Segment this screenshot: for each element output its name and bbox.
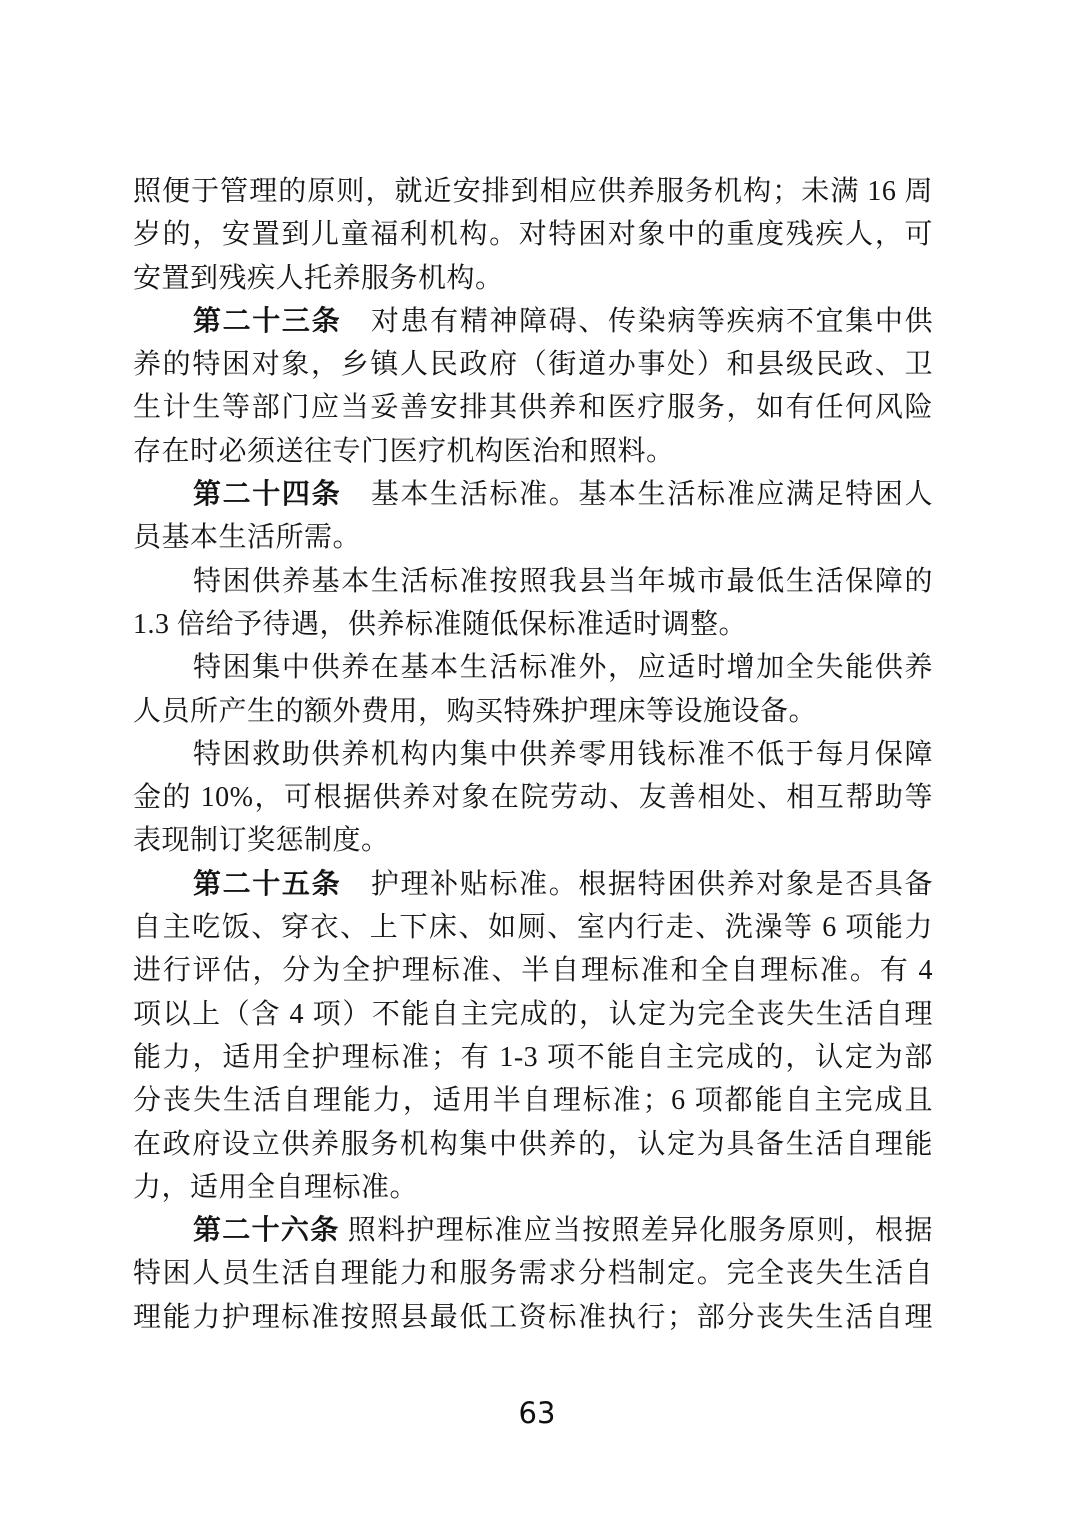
text-line: 进行评估，分为全护理标准、半自理标准和全自理标准。有 4	[133, 949, 933, 992]
text-line: 特困救助供养机构内集中供养零用钱标准不低于每月保障	[133, 733, 933, 776]
text-line: 表现制订奖惩制度。	[133, 819, 933, 862]
text-line: 第二十五条 护理补贴标准。根据特困供养对象是否具备	[133, 863, 933, 906]
text-line: 安置到残疾人托养服务机构。	[133, 257, 933, 300]
article-number: 第二十三条	[193, 306, 341, 337]
text-line: 在政府设立供养服务机构集中供养的，认定为具备生活自理能	[133, 1123, 933, 1166]
paragraph: 特困救助供养机构内集中供养零用钱标准不低于每月保障 金的 10%，可根据供养对象…	[133, 733, 933, 863]
text-line: 能力，适用全护理标准；有 1-3 项不能自主完成的，认定为部	[133, 1036, 933, 1079]
page-number: 63	[0, 1396, 1074, 1430]
text-line: 岁的，安置到儿童福利机构。对特困对象中的重度残疾人，可	[133, 213, 933, 256]
text-line: 自主吃饭、穿衣、上下床、如厕、室内行走、洗澡等 6 项能力	[133, 906, 933, 949]
article-number: 第二十六条	[193, 1215, 340, 1246]
text-line: 金的 10%，可根据供养对象在院劳动、友善相处、相互帮助等	[133, 776, 933, 819]
article-first-line-text: 基本生活标准。基本生活标准应满足特困人	[341, 479, 933, 510]
text-line: 养的特困对象，乡镇人民政府（街道办事处）和县级民政、卫	[133, 343, 933, 386]
text-line: 力，适用全自理标准。	[133, 1166, 933, 1209]
text-line: 第二十三条 对患有精神障碍、传染病等疾病不宜集中供	[133, 300, 933, 343]
text-line: 项以上（含 4 项）不能自主完成的，认定为完全丧失生活自理	[133, 993, 933, 1036]
text-line: 特困供养基本生活标准按照我县当年城市最低生活保障的	[133, 560, 933, 603]
article-first-line-text: 照料护理标准应当按照差异化服务原则，根据	[340, 1215, 933, 1246]
paragraph: 第二十三条 对患有精神障碍、传染病等疾病不宜集中供 养的特困对象，乡镇人民政府（…	[133, 300, 933, 473]
paragraph: 特困集中供养在基本生活标准外，应适时增加全失能供养 人员所产生的额外费用，购买特…	[133, 646, 933, 733]
paragraph: 特困供养基本生活标准按照我县当年城市最低生活保障的 1.3 倍给予待遇，供养标准…	[133, 560, 933, 647]
text-block: 照便于管理的原则，就近安排到相应供养服务机构；未满 16 周 岁的，安置到儿童福…	[133, 170, 933, 1339]
text-line: 人员所产生的额外费用，购买特殊护理床等设施设备。	[133, 690, 933, 733]
text-line: 第二十四条 基本生活标准。基本生活标准应满足特困人	[133, 473, 933, 516]
article-number: 第二十四条	[193, 479, 341, 510]
article-number: 第二十五条	[193, 869, 341, 900]
text-line: 特困人员生活自理能力和服务需求分档制定。完全丧失生活自	[133, 1252, 933, 1295]
text-line: 1.3 倍给予待遇，供养标准随低保标准适时调整。	[133, 603, 933, 646]
text-line: 理能力护理标准按照县最低工资标准执行；部分丧失生活自理	[133, 1296, 933, 1339]
text-line: 特困集中供养在基本生活标准外，应适时增加全失能供养	[133, 646, 933, 689]
text-line: 存在时必须送往专门医疗机构医治和照料。	[133, 430, 933, 473]
text-line: 第二十六条 照料护理标准应当按照差异化服务原则，根据	[133, 1209, 933, 1252]
text-line: 分丧失生活自理能力，适用半自理标准；6 项都能自主完成且	[133, 1079, 933, 1122]
paragraph: 第二十四条 基本生活标准。基本生活标准应满足特困人 员基本生活所需。	[133, 473, 933, 560]
paragraph: 第二十六条 照料护理标准应当按照差异化服务原则，根据 特困人员生活自理能力和服务…	[133, 1209, 933, 1339]
paragraph: 第二十五条 护理补贴标准。根据特困供养对象是否具备 自主吃饭、穿衣、上下床、如厕…	[133, 863, 933, 1209]
document-page: 照便于管理的原则，就近安排到相应供养服务机构；未满 16 周 岁的，安置到儿童福…	[0, 0, 1074, 1520]
text-line: 照便于管理的原则，就近安排到相应供养服务机构；未满 16 周	[133, 170, 933, 213]
paragraph: 照便于管理的原则，就近安排到相应供养服务机构；未满 16 周 岁的，安置到儿童福…	[133, 170, 933, 300]
article-first-line-text: 护理补贴标准。根据特困供养对象是否具备	[341, 869, 933, 900]
text-line: 员基本生活所需。	[133, 516, 933, 559]
article-first-line-text: 对患有精神障碍、传染病等疾病不宜集中供	[341, 306, 933, 337]
text-line: 生计生等部门应当妥善安排其供养和医疗服务，如有任何风险	[133, 386, 933, 429]
